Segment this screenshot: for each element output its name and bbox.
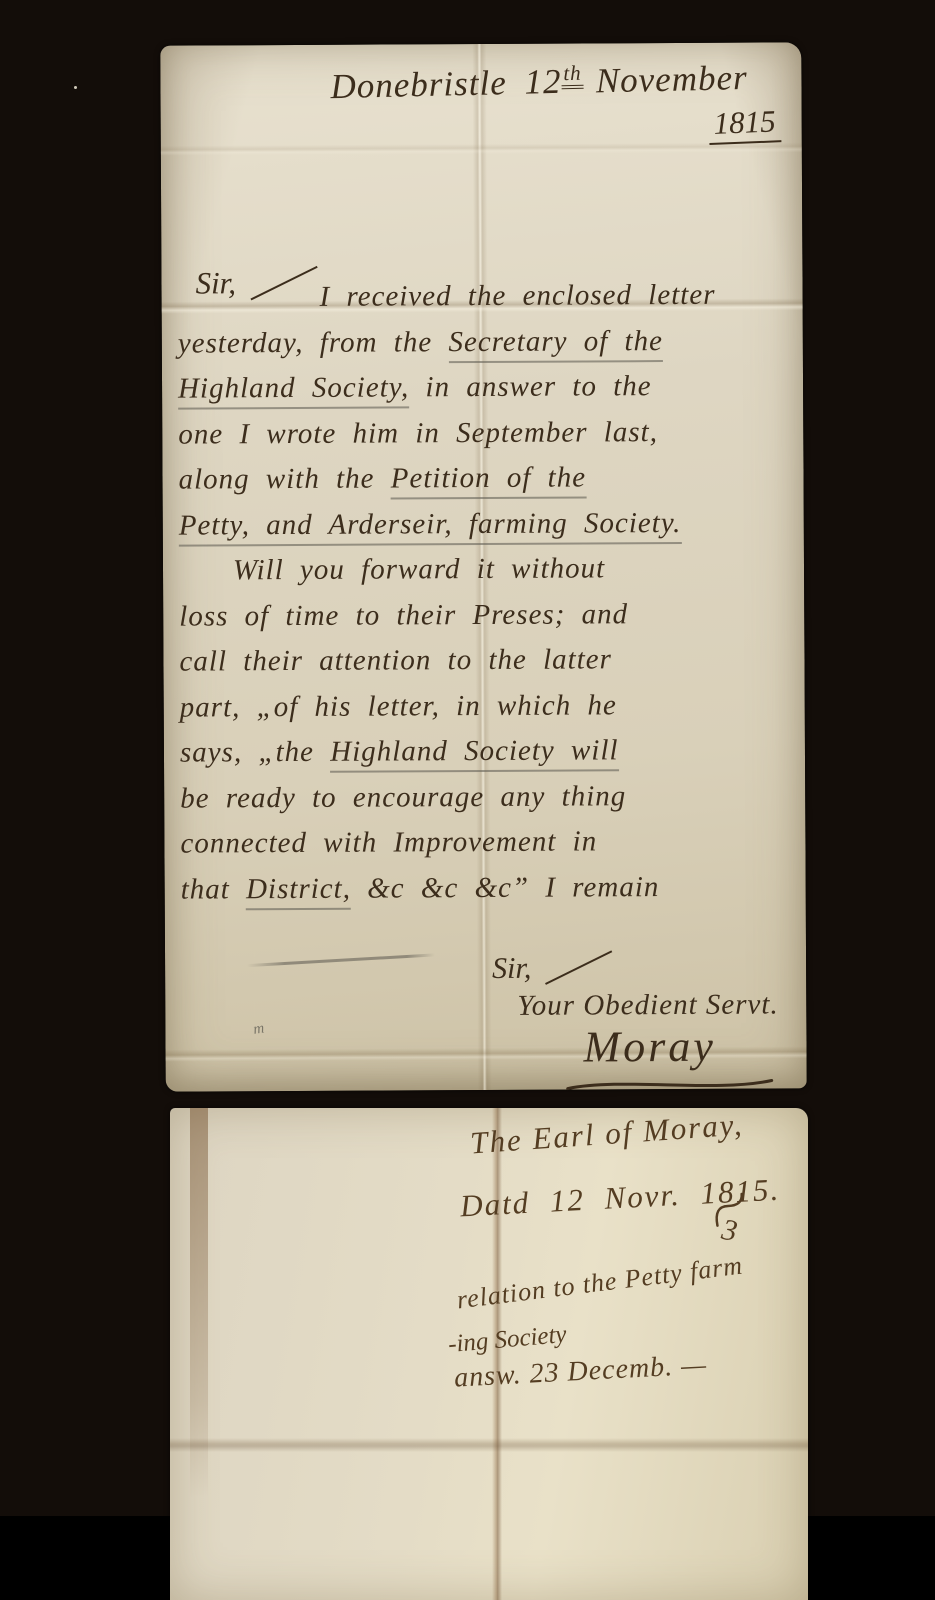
letter-line: be ready to encourage any thing xyxy=(180,779,792,828)
ordinal-suffix: th xyxy=(561,61,584,89)
letter-text-underlined: Petition of the xyxy=(391,461,587,499)
letter-text: call their attention to the latter xyxy=(179,643,612,677)
signature-flourish xyxy=(564,1074,778,1095)
letter-line: Petty, and Arderseir, farming Society. xyxy=(179,506,791,555)
pencil-scribble: m xyxy=(252,1020,265,1038)
dust-speck xyxy=(74,86,77,89)
letter-page: Donebristle 12thNovember 1815 Sir, I rec… xyxy=(160,42,806,1091)
letter-text-underlined: Highland Society will xyxy=(330,734,619,773)
letter-text: yesterday, from the xyxy=(178,326,449,359)
black-corner-left xyxy=(0,1516,170,1600)
letter-line: Highland Society, in answer to the xyxy=(178,369,790,418)
letter-line: connected with Improvement in xyxy=(180,824,792,873)
letter-text-underlined: Petty, and Arderseir, farming Society. xyxy=(179,506,682,546)
docket-subject-line-1: relation to the Petty farm xyxy=(455,1251,744,1316)
letter-text: be ready to encourage any thing xyxy=(180,780,626,814)
signature: Moray xyxy=(583,1021,716,1073)
letter-line: I received the enclosed letter xyxy=(178,278,790,327)
letter-text: I received the enclosed letter xyxy=(319,279,715,313)
letter-text: connected with Improvement in xyxy=(180,825,597,859)
letter-text: that xyxy=(181,873,247,905)
letter-line: one I wrote him in September last, xyxy=(178,415,790,464)
place-and-day: Donebristle 12 xyxy=(330,62,562,106)
letter-line: part, „of his letter, in which he xyxy=(180,688,792,737)
letter-dateline: Donebristle 12thNovember xyxy=(330,57,748,107)
photo-stage: Donebristle 12thNovember 1815 Sir, I rec… xyxy=(0,0,935,1600)
docket-addressee: The Earl of Moray, xyxy=(469,1106,745,1161)
letter-text-underlined: District, xyxy=(246,872,351,910)
black-corner-right xyxy=(808,1516,935,1600)
letter-line: says, „the Highland Society will xyxy=(180,733,792,782)
docket-subject-line-2: -ing Society xyxy=(447,1321,568,1359)
letter-line: yesterday, from the Secretary of the xyxy=(178,324,790,373)
month: November xyxy=(595,58,748,100)
pencil-stroke xyxy=(247,953,435,967)
letter-text: in answer to the xyxy=(409,370,652,403)
letter-line: Will you forward it without xyxy=(179,551,791,600)
docket-page: The Earl of Moray, Datd 12 Novr. 1815. 3… xyxy=(170,1108,808,1600)
letter-text-underlined: Secretary of the xyxy=(448,325,663,363)
left-fold-shadow xyxy=(190,1108,208,1498)
horizontal-crease-top xyxy=(161,142,802,155)
letter-line: along with the Petition of the xyxy=(178,460,790,509)
letter-line: loss of time to their Preses; and xyxy=(179,597,791,646)
letter-line: that District, &c &c &c” I remain xyxy=(181,870,793,919)
closing-salutation: Sir, xyxy=(492,951,611,986)
docket-answered-note: answ. 23 Decemb. — xyxy=(453,1349,707,1394)
letter-text-underlined: Highland Society, xyxy=(178,371,409,409)
letter-text: Will you forward it without xyxy=(233,552,605,586)
letter-text: says, „the xyxy=(180,736,330,769)
letter-body: I received the enclosed letter yesterday… xyxy=(178,278,793,918)
pen-flourish xyxy=(545,950,612,985)
horizontal-fold-crease xyxy=(170,1438,808,1452)
letter-line: call their attention to the latter xyxy=(179,642,791,691)
letter-year: 1815 xyxy=(708,103,782,145)
letter-text: &c &c &c” I remain xyxy=(351,871,660,905)
closing-sir-text: Sir, xyxy=(492,952,531,985)
letter-text: part, „of his letter, in which he xyxy=(180,689,617,723)
closing-line: Your Obedient Servt. xyxy=(517,988,779,1022)
letter-text: one I wrote him in September last, xyxy=(178,416,658,451)
letter-text: loss of time to their Preses; and xyxy=(179,598,628,632)
letter-text: along with the xyxy=(178,462,390,495)
